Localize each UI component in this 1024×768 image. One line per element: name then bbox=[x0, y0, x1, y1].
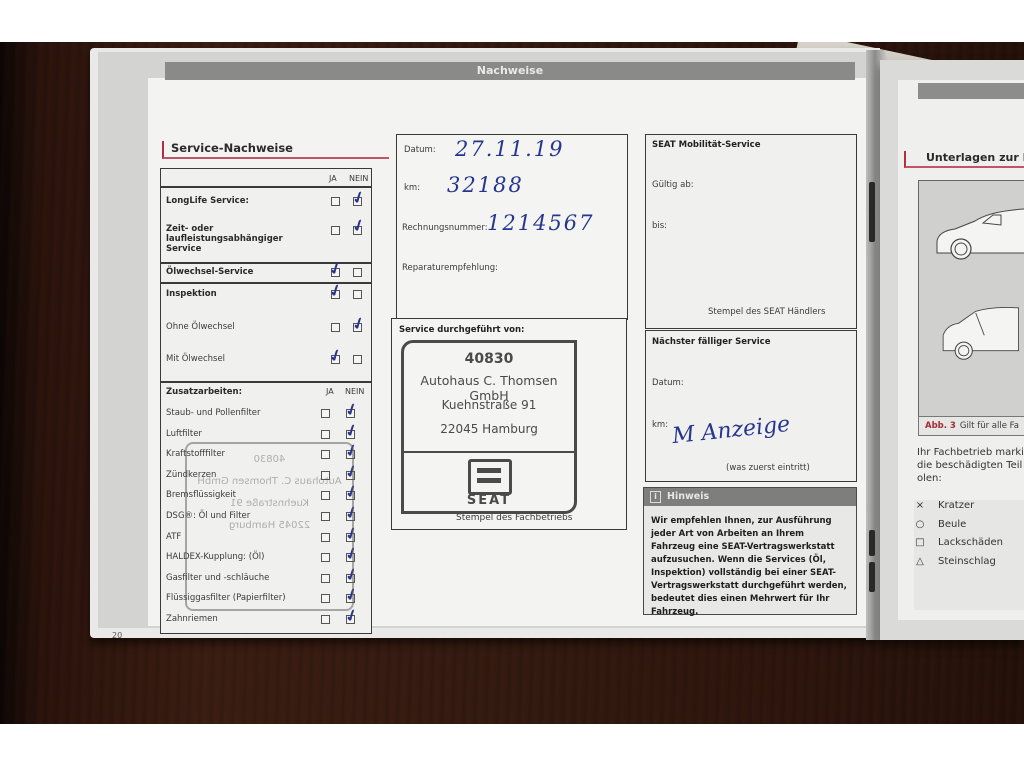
info-icon: i bbox=[650, 491, 661, 503]
table-divider bbox=[161, 381, 371, 383]
legend-symbol-icon: △ bbox=[914, 556, 926, 567]
stamp-caption: Stempel des Fachbetriebs bbox=[456, 513, 572, 523]
row-label: Mit Ölwechsel bbox=[166, 354, 225, 364]
legend-item: △Steinschlag bbox=[914, 556, 996, 567]
row-label: Ohne Ölwechsel bbox=[166, 322, 235, 332]
handwritten-check-icon: ✓ bbox=[327, 281, 345, 301]
right-paragraph: Ihr Fachbetrieb marki die beschädigten T… bbox=[917, 446, 1024, 485]
stamp-city: 22045 Hamburg bbox=[404, 422, 574, 436]
row-label: Staub- und Pollenfilter bbox=[166, 408, 261, 418]
km-label: km: bbox=[404, 183, 420, 193]
checkbox-ja[interactable] bbox=[321, 409, 330, 418]
row-label: LongLife Service: bbox=[166, 196, 249, 206]
next-km-label: km: bbox=[652, 420, 668, 430]
table-divider bbox=[161, 282, 371, 284]
row-label: ATF bbox=[166, 532, 181, 542]
col-header-ja: JA bbox=[326, 387, 334, 396]
rechnungsnummer-value[interactable]: 1214567 bbox=[487, 211, 595, 235]
car-front-icon bbox=[935, 201, 1024, 261]
binding-clip bbox=[869, 214, 875, 242]
legend-label: Beule bbox=[938, 519, 966, 530]
checkbox-ja[interactable] bbox=[321, 430, 330, 439]
row-label: Zahnriemen bbox=[166, 614, 218, 624]
seat-logo-icon bbox=[468, 459, 512, 495]
faded-stamp-line: Kuehnstraße 91 bbox=[187, 498, 352, 509]
next-service-box: Nächster fälliger Service Datum: km: (wa… bbox=[645, 330, 857, 482]
legend-item: □Lackschäden bbox=[914, 537, 1003, 548]
legend-item: ×Kratzer bbox=[914, 500, 974, 511]
section-title: Service-Nachweise bbox=[162, 141, 389, 159]
extras-title: Zusatzarbeiten: bbox=[166, 387, 242, 397]
legend-symbol-icon: □ bbox=[914, 537, 926, 548]
paragraph-line: die beschädigten Teil bbox=[917, 459, 1024, 472]
handwritten-check-icon: ✓ bbox=[327, 346, 345, 366]
col-header-nein: NEIN bbox=[349, 174, 368, 183]
stamp-brand: SEAT bbox=[449, 493, 529, 508]
faded-stamp-imprint: 40830Autohaus C. Thomsen GmbHKuehnstraße… bbox=[185, 442, 354, 611]
damage-legend: ×Kratzer○Beule□Lackschäden△Steinschlag bbox=[914, 500, 1024, 610]
paragraph-line: Ihr Fachbetrieb marki bbox=[917, 446, 1024, 459]
invoice-box: Datum: 27.11.19 km: 32188 Rechnungsnumme… bbox=[396, 134, 628, 320]
checkbox-ja[interactable] bbox=[331, 226, 340, 235]
datum-label: Datum: bbox=[404, 145, 436, 155]
stamp-divider bbox=[404, 451, 574, 453]
mobility-title: SEAT Mobilität-Service bbox=[652, 140, 760, 150]
row-label: Inspektion bbox=[166, 289, 217, 299]
dealer-stamp: 40830 Autohaus C. Thomsen GmbH Kuehnstra… bbox=[401, 340, 577, 514]
next-datum-label: Datum: bbox=[652, 378, 684, 388]
legend-symbol-icon: ○ bbox=[914, 519, 926, 530]
legend-label: Kratzer bbox=[938, 500, 974, 511]
reparaturempfehlung-label: Reparaturempfehlung: bbox=[402, 263, 498, 273]
paragraph-line: olen: bbox=[917, 472, 1024, 485]
gueltig-ab-label: Gültig ab: bbox=[652, 180, 694, 190]
checkbox-nein[interactable] bbox=[353, 268, 362, 277]
header-band: Nachweise bbox=[165, 62, 855, 80]
hinweis-box: iHinweis Wir empfehlen Ihnen, zur Ausfüh… bbox=[643, 487, 857, 615]
checkbox-ja[interactable] bbox=[321, 615, 330, 624]
next-service-title: Nächster fälliger Service bbox=[652, 337, 771, 347]
rechnungsnummer-label: Rechnungsnummer: bbox=[402, 223, 488, 233]
bis-label: bis: bbox=[652, 221, 667, 231]
right-section-title: Unterlagen zur Pr bbox=[904, 151, 1024, 168]
figure-caption-text: Gilt für alle Fa bbox=[960, 421, 1019, 431]
figure-caption: Abb. 3Gilt für alle Fa bbox=[918, 416, 1024, 436]
checkbox-nein[interactable] bbox=[353, 355, 362, 364]
service-by-title: Service durchgeführt von: bbox=[399, 325, 524, 335]
faded-stamp-line: Autohaus C. Thomsen GmbH bbox=[187, 476, 352, 487]
table-divider bbox=[161, 262, 371, 264]
legend-label: Lackschäden bbox=[938, 537, 1003, 548]
checkbox-ja[interactable] bbox=[331, 323, 340, 332]
legend-label: Steinschlag bbox=[938, 556, 996, 567]
faded-stamp-line: 40830 bbox=[187, 454, 352, 465]
right-header-band bbox=[918, 83, 1024, 99]
car-rear-icon bbox=[935, 301, 1024, 361]
row-label: Luftfilter bbox=[166, 429, 202, 439]
faded-stamp-line: 22045 Hamburg bbox=[187, 520, 352, 531]
vehicle-diagram-figure bbox=[918, 180, 1024, 418]
row-label: Ölwechsel-Service bbox=[166, 267, 253, 277]
datum-value[interactable]: 27.11.19 bbox=[455, 137, 565, 161]
col-header-nein: NEIN bbox=[345, 387, 364, 396]
checkbox-ja[interactable] bbox=[331, 197, 340, 206]
next-service-note: (was zuerst eintritt) bbox=[726, 463, 810, 473]
mobility-caption: Stempel des SEAT Händlers bbox=[708, 307, 825, 317]
stamp-dealer-number: 40830 bbox=[404, 351, 574, 367]
hinweis-title: Hinweis bbox=[667, 491, 709, 502]
row-label: Zeit- oder laufleistungsabhängiger Servi… bbox=[166, 224, 316, 254]
km-value[interactable]: 32188 bbox=[447, 173, 524, 197]
legend-item: ○Beule bbox=[914, 519, 966, 530]
checkbox-nein[interactable] bbox=[353, 290, 362, 299]
table-divider bbox=[161, 186, 371, 188]
binding-clip bbox=[869, 530, 875, 556]
legend-symbol-icon: × bbox=[914, 500, 926, 511]
figure-label: Abb. 3 bbox=[925, 421, 956, 431]
hinweis-header: iHinweis bbox=[644, 488, 856, 506]
mobility-service-box: SEAT Mobilität-Service Gültig ab: bis: S… bbox=[645, 134, 857, 329]
col-header-ja: JA bbox=[329, 174, 337, 183]
binding-clip bbox=[869, 562, 875, 592]
stamp-street: Kuehnstraße 91 bbox=[404, 398, 574, 412]
hinweis-text: Wir empfehlen Ihnen, zur Ausführung jede… bbox=[651, 515, 851, 619]
binding-clip bbox=[869, 182, 875, 216]
page-number: 20 bbox=[112, 631, 122, 640]
